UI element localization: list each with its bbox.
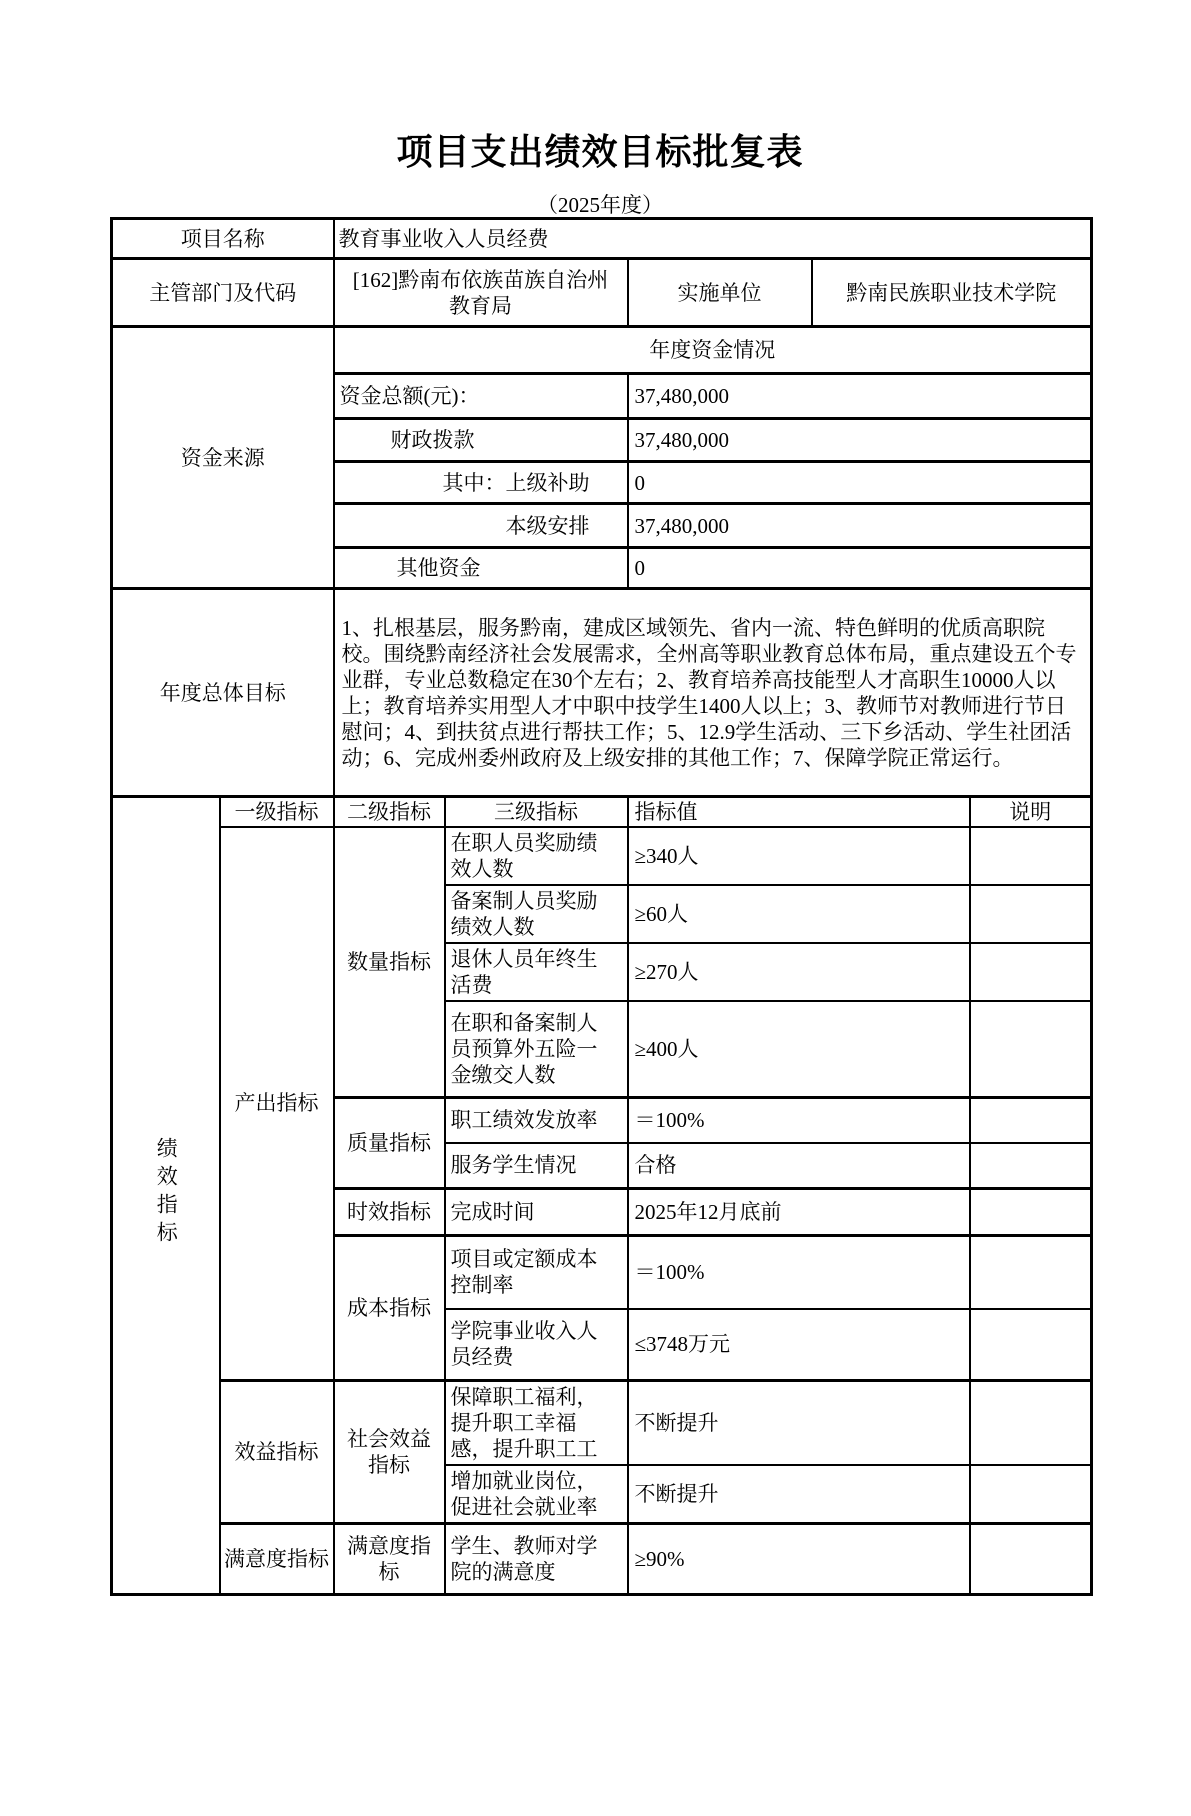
page-subtitle: （2025年度） xyxy=(110,194,1090,216)
page-title: 项目支出绩效目标批复表 xyxy=(110,132,1090,172)
annual-goal-text: 1、扎根基层，服务黔南，建成区域领先、省内一流、特色鲜明的优质高职院校。围绕黔南… xyxy=(334,589,1092,797)
funding-local-arrangement-value: 37,480,000 xyxy=(628,504,1092,548)
indicator-value: 2025年12月底前 xyxy=(628,1189,970,1236)
indicator-note xyxy=(970,1524,1092,1595)
indicator-header-row: 绩效指标 一级指标 二级指标 三级指标 指标值 说明 xyxy=(112,797,1092,827)
funding-other-label: 其他资金 xyxy=(334,548,628,589)
indicator-note xyxy=(970,1236,1092,1309)
indicator-value: ≥400人 xyxy=(628,1001,970,1098)
indicator-name: 职工绩效发放率 xyxy=(445,1098,628,1143)
indicator-name: 备案制人员奖励 绩效人数 xyxy=(445,885,628,943)
funding-fiscal-label: 财政拨款 xyxy=(334,419,628,462)
funding-header-row: 资金来源 年度资金情况 xyxy=(112,327,1092,374)
project-name-label: 项目名称 xyxy=(112,219,334,259)
funding-superior-subsidy-label: 其中：上级补助 xyxy=(334,462,628,504)
level2-satisfaction: 满意度指 标 xyxy=(334,1524,445,1595)
indicator-value: ≥340人 xyxy=(628,827,970,885)
level2-timeliness: 时效指标 xyxy=(334,1189,445,1236)
dept-code-label: 主管部门及代码 xyxy=(112,259,334,327)
indicator-name: 退休人员年终生 活费 xyxy=(445,943,628,1001)
indicator-note xyxy=(970,1189,1092,1236)
indicator-note xyxy=(970,1309,1092,1381)
perf-indicator-section-label: 绩效指标 xyxy=(155,1137,176,1249)
perf-indicator-section-cell: 绩效指标 xyxy=(112,797,220,1595)
header-level1: 一级指标 xyxy=(220,797,334,827)
indicator-value: ≤3748万元 xyxy=(628,1309,970,1381)
indicator-value: 不断提升 xyxy=(628,1465,970,1524)
document: 项目支出绩效目标批复表 （2025年度） 项目名称 教育事业收入人员经费 主管部… xyxy=(110,132,1090,1596)
funding-total-value: 37,480,000 xyxy=(628,374,1092,419)
level2-quantity: 数量指标 xyxy=(334,827,445,1098)
annual-funding-header: 年度资金情况 xyxy=(334,327,1092,374)
annual-goal-row: 年度总体目标 1、扎根基层，服务黔南，建成区域领先、省内一流、特色鲜明的优质高职… xyxy=(112,589,1092,797)
indicator-value: 不断提升 xyxy=(628,1381,970,1466)
project-name-value: 教育事业收入人员经费 xyxy=(334,219,1092,259)
header-value: 指标值 xyxy=(628,797,970,827)
impl-unit-value: 黔南民族职业技术学院 xyxy=(812,259,1092,327)
indicator-value: ＝100% xyxy=(628,1236,970,1309)
indicator-note xyxy=(970,1143,1092,1189)
indicator-value: ≥60人 xyxy=(628,885,970,943)
level2-social-benefit: 社会效益 指标 xyxy=(334,1381,445,1524)
indicator-name: 完成时间 xyxy=(445,1189,628,1236)
header-level2: 二级指标 xyxy=(334,797,445,827)
level1-benefit: 效益指标 xyxy=(220,1381,334,1524)
impl-unit-label: 实施单位 xyxy=(628,259,812,327)
header-note: 说明 xyxy=(970,797,1092,827)
funding-source-label: 资金来源 xyxy=(112,327,334,589)
header-level3: 三级指标 xyxy=(445,797,628,827)
level1-satisfaction: 满意度指标 xyxy=(220,1524,334,1595)
level1-output: 产出指标 xyxy=(220,827,334,1381)
project-name-row: 项目名称 教育事业收入人员经费 xyxy=(112,219,1092,259)
performance-target-table: 项目名称 教育事业收入人员经费 主管部门及代码 [162]黔南布依族苗族自治州 … xyxy=(110,217,1093,1596)
indicator-value: ≥90% xyxy=(628,1524,970,1595)
indicator-value: ＝100% xyxy=(628,1098,970,1143)
funding-local-arrangement-label: 本级安排 xyxy=(334,504,628,548)
funding-other-value: 0 xyxy=(628,548,1092,589)
indicator-note xyxy=(970,1465,1092,1524)
indicator-name: 保障职工福利， 提升职工幸福 感，提升职工工 xyxy=(445,1381,628,1466)
indicator-note xyxy=(970,943,1092,1001)
indicator-row: 产出指标 数量指标 在职人员奖励绩 效人数 ≥340人 xyxy=(112,827,1092,885)
indicator-name: 在职和备案制人 员预算外五险一 金缴交人数 xyxy=(445,1001,628,1098)
level2-cost: 成本指标 xyxy=(334,1236,445,1381)
indicator-value: ≥270人 xyxy=(628,943,970,1001)
indicator-name: 服务学生情况 xyxy=(445,1143,628,1189)
indicator-name: 学院事业收入人 员经费 xyxy=(445,1309,628,1381)
indicator-name: 学生、教师对学 院的满意度 xyxy=(445,1524,628,1595)
indicator-name: 在职人员奖励绩 效人数 xyxy=(445,827,628,885)
indicator-value: 合格 xyxy=(628,1143,970,1189)
dept-code-value: [162]黔南布依族苗族自治州 教育局 xyxy=(334,259,628,327)
indicator-note xyxy=(970,1001,1092,1098)
indicator-note xyxy=(970,827,1092,885)
indicator-note xyxy=(970,885,1092,943)
funding-superior-subsidy-value: 0 xyxy=(628,462,1092,504)
indicator-note xyxy=(970,1381,1092,1466)
funding-total-label: 资金总额(元)： xyxy=(334,374,628,419)
annual-goal-label: 年度总体目标 xyxy=(112,589,334,797)
indicator-row: 效益指标 社会效益 指标 保障职工福利， 提升职工幸福 感，提升职工工 不断提升 xyxy=(112,1381,1092,1466)
indicator-name: 增加就业岗位， 促进社会就业率 xyxy=(445,1465,628,1524)
dept-row: 主管部门及代码 [162]黔南布依族苗族自治州 教育局 实施单位 黔南民族职业技… xyxy=(112,259,1092,327)
indicator-name: 项目或定额成本 控制率 xyxy=(445,1236,628,1309)
level2-quality: 质量指标 xyxy=(334,1098,445,1189)
funding-fiscal-value: 37,480,000 xyxy=(628,419,1092,462)
indicator-note xyxy=(970,1098,1092,1143)
indicator-row: 满意度指标 满意度指 标 学生、教师对学 院的满意度 ≥90% xyxy=(112,1524,1092,1595)
